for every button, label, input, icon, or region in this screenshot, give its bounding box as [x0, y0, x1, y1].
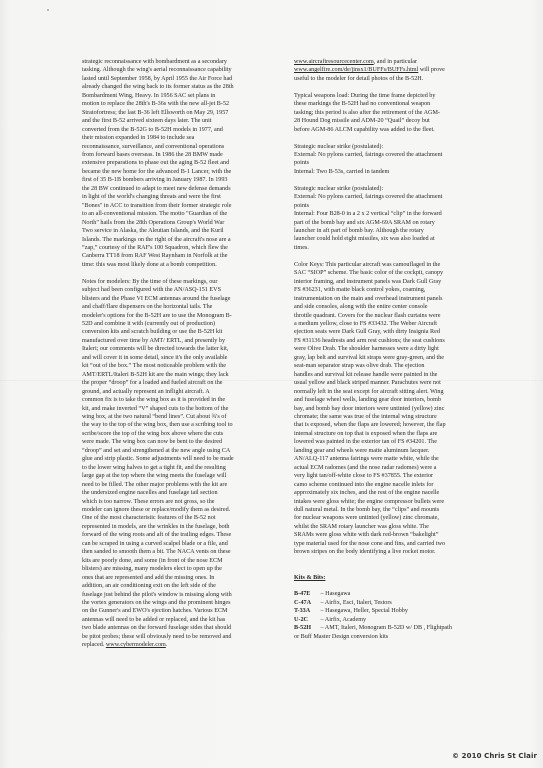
text-line: Internal: Two B-53s, carried in tandem: [294, 168, 494, 176]
nuclear-strike-option-2: Strategic nuclear strike (postulated):Ex…: [294, 185, 494, 253]
text-line: already changed the wing back to its for…: [82, 83, 282, 91]
text-line: Color Keys: This particular aircraft was…: [294, 261, 494, 269]
kit-manufacturers: – Airfix, Academy: [319, 617, 366, 623]
text-line: can be scraped in using a curved scalpel…: [82, 540, 282, 548]
text-line: wing box, at the two natural “bend lines…: [82, 413, 282, 421]
text-line: Bombardment Wing, Heavy. In 1956 SAC set…: [82, 92, 282, 100]
kit-manufacturers: – AMT, Italeri, Monogram B-52D w/ DB , F…: [319, 625, 452, 631]
text-line: kit “out of the box.” The most noticeabl…: [82, 362, 282, 370]
text-line: manufactured over time by AMT/ ERTL, and…: [82, 337, 282, 345]
text-line: Stratofortress; the last B-36 left Ellsw…: [82, 109, 282, 117]
text-line: throttle quadrant. Covers for the nuclea…: [294, 312, 494, 320]
text-line: Strategic nuclear strike (postulated):: [294, 143, 494, 151]
text-line: antennas will need to be added or replac…: [82, 616, 282, 624]
text-line: bay, and bomb bay door interiors were un…: [294, 405, 494, 413]
kit-aircraft-name: T-33A: [294, 607, 319, 615]
text-line: time: this was most likely done at a bom…: [82, 261, 282, 269]
text-line: camo scheme continued into the engine na…: [294, 481, 494, 489]
color-keys-paragraph: Color Keys: This particular aircraft was…: [294, 261, 494, 557]
text-line: their mission expanded in 1984 to includ…: [82, 134, 282, 142]
text-line: which is too narrow. These errors are no…: [82, 498, 282, 506]
kit-item: B-52H – AMT, Italeri, Monogram B-52D w/ …: [294, 624, 494, 632]
text-line: that is exposed, when the flaps are lowe…: [294, 421, 494, 429]
text-line: intakes were gloss white; the engine com…: [294, 498, 494, 506]
text-line: External: No pylons carried, fairings co…: [294, 193, 494, 201]
modelers-notes-paragraph: Notes for modelers: By the time of these…: [82, 278, 282, 641]
text-line: a medium yellow, close to FS #33432. The…: [294, 320, 494, 328]
text-line: Canberra TT18 from RAF West Raynham in N…: [82, 252, 282, 260]
text-line: first of 35 B-1B bombers arriving in Jan…: [82, 176, 282, 184]
text-line: for nuclear weapons were untinted (yello…: [294, 514, 494, 522]
cybermodeler-link[interactable]: www.cybermodeler.com: [106, 642, 166, 648]
aircraft-resource-center-link[interactable]: www.aircraftresourcecenter.com: [294, 59, 374, 65]
text-line: the vortex generators on the wings and t…: [82, 599, 282, 607]
text-line: times.: [294, 244, 494, 252]
text-line: internal structure on top that is expose…: [294, 430, 494, 438]
text-line: SAC “SIOP” scheme. The basic color of th…: [294, 269, 494, 277]
links-paragraph: www.aircraftresourcecenter.com, and in p…: [294, 58, 494, 83]
text-line: strategic reconnaissance with bombardmen…: [82, 58, 282, 66]
text-line: launcher could hold eight missiles, six …: [294, 235, 494, 243]
modelers-last-line: replaced. www.cybermodeler.com.: [82, 641, 282, 649]
text-line: External: No pylons carried, fairings co…: [294, 151, 494, 159]
kit-manufacturers: – Hasegawa: [319, 591, 350, 597]
kit-aircraft-name: U-2C: [294, 616, 319, 624]
last-line-suffix: .: [166, 642, 168, 648]
kit-item: U-2C – Airfix, Academy: [294, 616, 494, 624]
text-line: Strategic nuclear strike (postulated):: [294, 185, 494, 193]
text-line: addition, an air conditioning exit on th…: [82, 582, 282, 590]
text-line: in light of the world's changing threats…: [82, 193, 282, 201]
right-column: www.aircraftresourcecenter.com, and in p…: [294, 58, 494, 641]
text-line: and chaff/flare dispensers on the horizo…: [82, 303, 282, 311]
text-line: tasking. Although the wing's aerial reco…: [82, 66, 282, 74]
text-line: Internal: Four B28-0 in a 2 x 2 vertical…: [294, 210, 494, 218]
kit-item: B-47E – Hasegawa: [294, 590, 494, 598]
text-line: handles and survival kit release handle …: [294, 371, 494, 379]
text-line: conversion kits and scratch building or …: [82, 328, 282, 336]
text-line: be pitot probes; these will obviously ne…: [82, 633, 282, 641]
text-line: chromate; the same was true of the inter…: [294, 413, 494, 421]
scanned-page: strategic reconnaissance with bombardmen…: [0, 0, 543, 768]
text-line: Typical weapons load: During the time fr…: [294, 92, 494, 100]
links-text: useful to the modeler for detail photos …: [294, 75, 494, 83]
text-line: launcher in aft part of bomb bay. Althou…: [294, 227, 494, 235]
text-line: blisters and the Phase VI ECM antennas a…: [82, 295, 282, 303]
text-line: and fuselage wheel wells, landing gear d…: [294, 396, 494, 404]
kits-list: B-47E – HasegawaC-47A – Airfix, Esci, It…: [294, 590, 494, 632]
text-line: before AGM-86 ALCM capability was added …: [294, 126, 494, 134]
text-line: normally left in the seat except for air…: [294, 388, 494, 396]
text-line: landing gear and wheels were matte alumi…: [294, 447, 494, 455]
text-line: two blade antennas on the forward fusela…: [82, 624, 282, 632]
text-line: seat-man separator strap was olive drab.…: [294, 362, 494, 370]
text-line: then sanded to smooth them a bit. The NA…: [82, 548, 282, 556]
kit-item: C-47A – Airfix, Esci, Italeri, Testors: [294, 599, 494, 607]
text-line: One of the most characteristic features …: [82, 514, 282, 522]
text-line: modeler can ignore these or replace/modi…: [82, 506, 282, 514]
weapons-load-paragraph: Typical weapons load: During the time fr…: [294, 92, 494, 134]
text-line: the undersized engine nacelles and fusel…: [82, 489, 282, 497]
text-line: converted from the B-52G to B-52H models…: [82, 126, 282, 134]
text-line: and will cover it in some detail, since …: [82, 354, 282, 362]
kit-aircraft-name: C-47A: [294, 599, 319, 607]
text-line: reconnaissance, surveillance, and conven…: [82, 143, 282, 151]
text-line: whilst the SRAM rotary launcher was glos…: [294, 523, 494, 531]
text-line: were Olive Drab. The shoulder harnesses …: [294, 345, 494, 353]
text-line: fuselage just behind the pilot's window …: [82, 591, 282, 599]
text-line: points: [294, 159, 494, 167]
text-line: and the first B-52 arrived sixteen days …: [82, 117, 282, 125]
text-line: represented in models, are the wrinkles …: [82, 523, 282, 531]
text-line: tasking; this period is also after the r…: [294, 109, 494, 117]
text-line: to the lower wing halves to get a tight …: [82, 464, 282, 472]
text-line: forward of the wing roots and aft of the…: [82, 531, 282, 539]
text-line: the way to the top of the wing box, then…: [82, 421, 282, 429]
text-line: lowered was painted in the exterior tan …: [294, 438, 494, 446]
text-line: on the Gunner's and EWO's ejection hatch…: [82, 607, 282, 615]
text-line: ground, and actually represent an inflig…: [82, 388, 282, 396]
text-line: FS #36231, with matte black control yoke…: [294, 286, 494, 294]
text-line: points: [294, 202, 494, 210]
left-column: strategic reconnaissance with bombardmen…: [82, 58, 282, 650]
text-line: AMT/ERTL/Italeri B-52H kit are the main …: [82, 371, 282, 379]
text-line: scribe/score the top of the wing box abo…: [82, 430, 282, 438]
text-line: these markings the B-52H had no conventi…: [294, 100, 494, 108]
kit-manufacturers: – Airfix, Esci, Italeri, Testors: [319, 600, 392, 606]
links-text: , and in particular: [374, 59, 417, 65]
text-line: large gap at the top where the wing meet…: [82, 472, 282, 480]
text-line: the 28 BW continued to adapt to meet new…: [82, 185, 282, 193]
text-line: common fix is to take the wing box as it…: [82, 396, 282, 404]
text-line: need to be filled. The other major probl…: [82, 481, 282, 489]
history-paragraph: strategic reconnaissance with bombardmen…: [82, 58, 282, 269]
kits-section: Kits & Bits: B-47E – HasegawaC-47A – Air…: [294, 574, 494, 642]
text-line: Italeri; our comments will be directed t…: [82, 345, 282, 353]
text-line: subject had been configured with the AN/…: [82, 286, 282, 294]
kit-item: T-33A – Hasegawa, Heller, Special Hobby: [294, 607, 494, 615]
text-line: usual yellow and black striped manner. P…: [294, 379, 494, 387]
text-line: gray, lap belt and survival kit straps w…: [294, 354, 494, 362]
text-line: SRAMs were gloss white with dark red-bro…: [294, 531, 494, 539]
text-line: ones that are represented and add the mi…: [82, 574, 282, 582]
text-line: motion to replace the 28th's B-36s with …: [82, 100, 282, 108]
text-line: Notes for modelers: By the time of these…: [82, 278, 282, 286]
text-line: part of the bomb bay and six AGM-69A SRA…: [294, 219, 494, 227]
kits-continuation: or Buff Master Design conversion kits: [294, 633, 494, 641]
text-line: "Bones" in ACC to transition from their …: [82, 202, 282, 210]
text-line: Islands. The markings on the right of th…: [82, 236, 282, 244]
text-line: interior framing, and instrument panels …: [294, 278, 494, 286]
text-line: kit, and make inverted “V” shaped cuts t…: [82, 405, 282, 413]
kit-manufacturers: – Hasegawa, Heller, Special Hobby: [319, 608, 408, 614]
text-line: brown stripes on the body identifying a …: [294, 548, 494, 556]
copyright-watermark: © 2010 Chris St Clair: [452, 752, 537, 760]
text-line: kits are poorly done, and some (in front…: [82, 557, 282, 565]
text-line: ejection seats were Dark Gull Gray, with…: [294, 328, 494, 336]
text-line: blisters) are missing, many modelers ele…: [82, 565, 282, 573]
text-line: type material used for the nose cone and…: [294, 540, 494, 548]
text-line: very light tan/off-white close to FS #37…: [294, 472, 494, 480]
kits-heading: Kits & Bits:: [294, 574, 494, 582]
kit-aircraft-name: B-47E: [294, 590, 319, 598]
text-line: to an all-conventional mission. The mott…: [82, 210, 282, 218]
links-text: will prove: [418, 67, 445, 73]
text-line: North" hails from the 28th Operations Gr…: [82, 219, 282, 227]
kit-aircraft-name: B-52H: [294, 624, 319, 632]
text-line: instrumentation on the main and overhead…: [294, 295, 494, 303]
text-line: “zap,” courtesy of the RAF's 100 Squadro…: [82, 244, 282, 252]
text-line: extensive preparations to phase out the …: [82, 159, 282, 167]
text-line: lasted until September 1958, by April 19…: [82, 75, 282, 83]
text-line: 52D and combine it with (currently out o…: [82, 320, 282, 328]
text-line: modeler's options for the B-52H are to u…: [82, 312, 282, 320]
nuclear-strike-option-1: Strategic nuclear strike (postulated):Ex…: [294, 143, 494, 177]
text-line: became the new home for the advanced B-1…: [82, 168, 282, 176]
text-line: “droop” and set and strengthened at the …: [82, 447, 282, 455]
text-line: 28 Hound Dog missile and ADM-20 “Quail” …: [294, 117, 494, 125]
text-line: from forward bases overseas. In 1986 the…: [82, 151, 282, 159]
text-line: AN/ALQ-117 antenna fairings were matte w…: [294, 455, 494, 463]
angelfire-buffs-link[interactable]: www.angelfire.com/de/jinsx1/BUFFs/BUFFs.…: [294, 67, 418, 73]
text-line: the proper “droop” for a loaded and fuel…: [82, 379, 282, 387]
scan-speck: [47, 9, 49, 11]
last-line-prefix: replaced.: [82, 642, 106, 648]
text-line: and side consoles, along with the entire…: [294, 303, 494, 311]
text-line: FS #31136 headrests and arm rest cushion…: [294, 337, 494, 345]
text-line: actual ECM radomes (and the nose radar r…: [294, 464, 494, 472]
text-line: approximately six inches, and the rest o…: [294, 489, 494, 497]
text-line: Two service in Alaska, the Aleutian Isla…: [82, 227, 282, 235]
text-line: were made. The wing box can now be bent …: [82, 438, 282, 446]
text-line: dull natural metal. In the bomb bay, the…: [294, 506, 494, 514]
text-line: glue and strip plastic. Some adjustments…: [82, 455, 282, 463]
